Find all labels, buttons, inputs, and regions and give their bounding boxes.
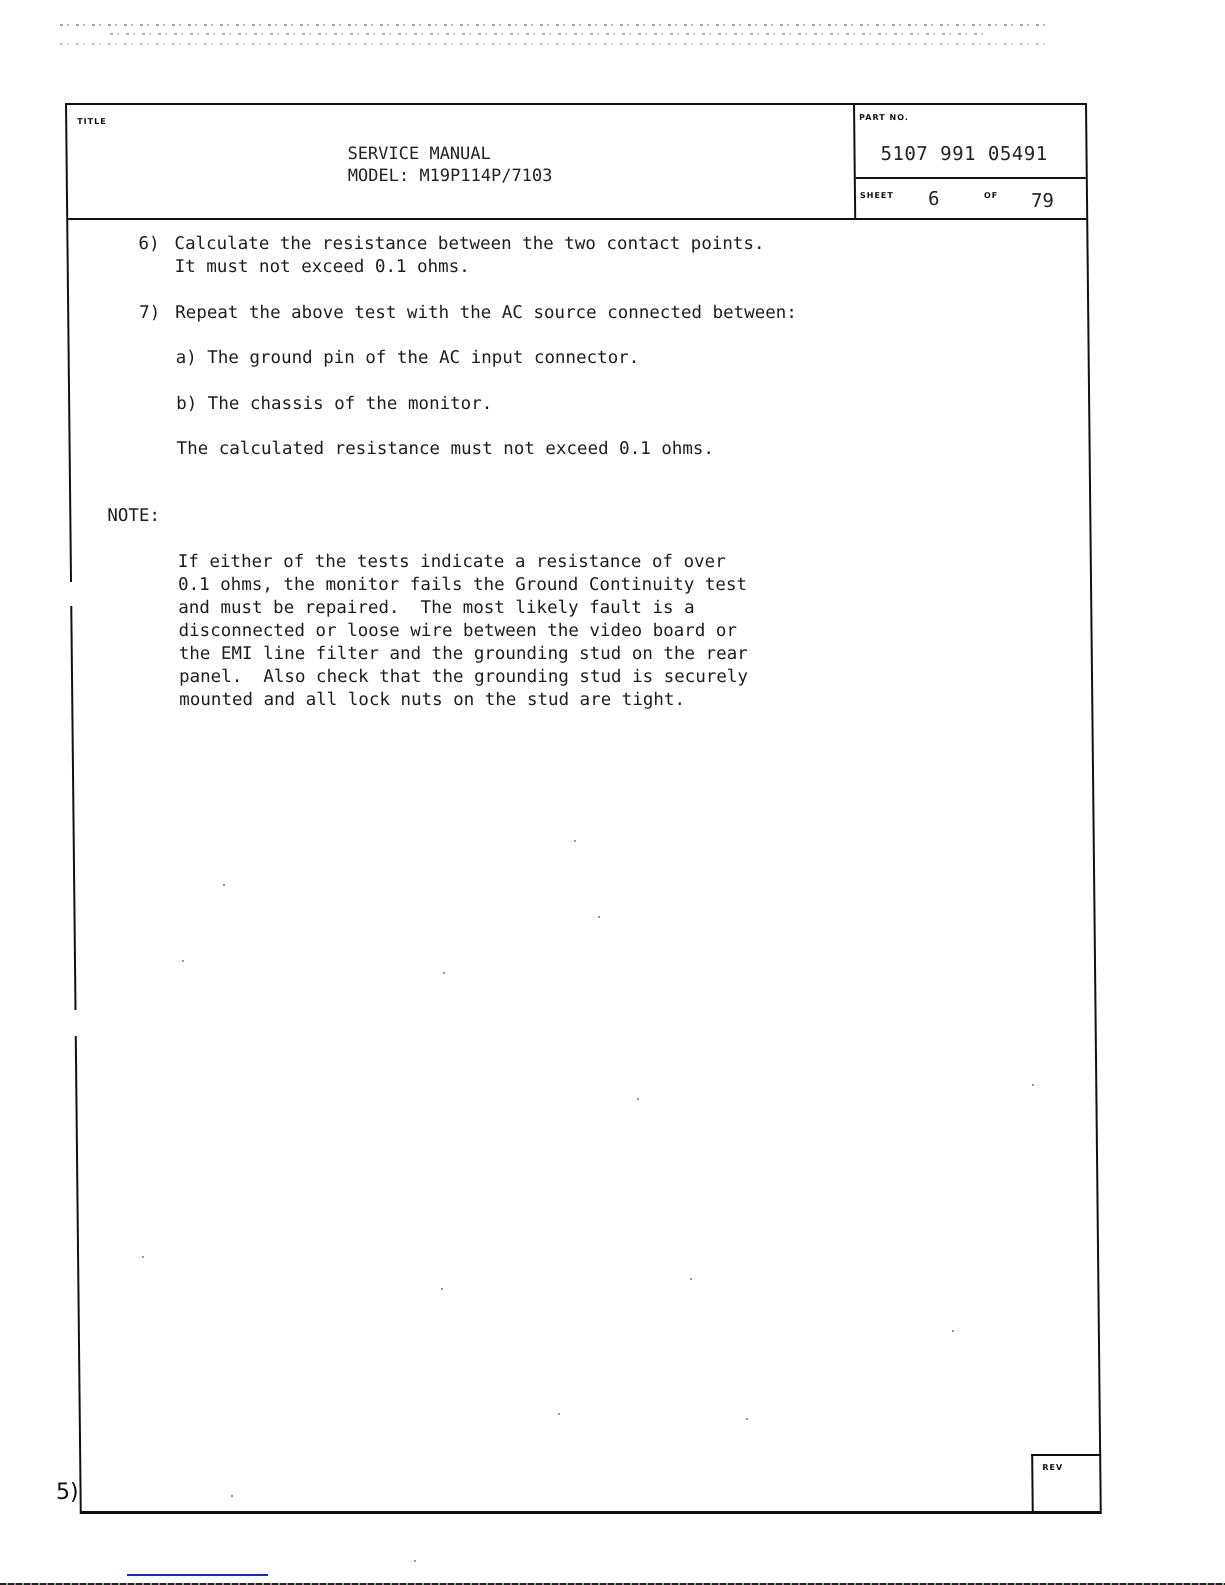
step-7-sub-item-a: a) The ground pin of the AC input connec… — [176, 347, 640, 370]
margin-mark: 5) — [56, 1480, 79, 1505]
scan-speck — [441, 1288, 443, 1290]
sheet-cell: SHEET 6 OF 79 — [856, 179, 1086, 218]
scan-noise-top-1 — [60, 24, 1050, 26]
scan-speck — [142, 1256, 144, 1258]
sheet-total: 79 — [1031, 190, 1054, 212]
scan-speck — [1032, 1084, 1034, 1086]
drawing-frame: TITLE SERVICE MANUAL MODEL: M19P114P/710… — [65, 103, 1102, 1514]
step-7-conclusion: The calculated resistance must not excee… — [177, 438, 715, 461]
frame-gap-1 — [68, 582, 76, 606]
scan-speck — [231, 1495, 233, 1497]
blue-underline-mark — [127, 1574, 268, 1576]
note-line-1: If either of the tests indicate a resist… — [178, 551, 726, 574]
frame-gap-2 — [72, 1010, 80, 1036]
note-line-5: the EMI line filter and the grounding st… — [179, 643, 748, 666]
revision-block: REV — [1031, 1454, 1102, 1514]
step-7-line-1: Repeat the above test with the AC source… — [175, 302, 797, 325]
part-number-cell: PART NO. 5107 991 05491 — [855, 105, 1086, 179]
note-line-4: disconnected or loose wire between the v… — [178, 620, 737, 643]
note-line-3: and must be repaired. The most likely fa… — [178, 597, 695, 620]
title-cell: TITLE SERVICE MANUAL MODEL: M19P114P/710… — [67, 105, 854, 218]
title-block: TITLE SERVICE MANUAL MODEL: M19P114P/710… — [67, 105, 1086, 220]
scan-speck — [598, 916, 600, 918]
scan-speck — [690, 1278, 692, 1280]
note-line-6: panel. Also check that the grounding stu… — [179, 666, 748, 689]
part-number-value: 5107 991 05491 — [880, 143, 1047, 165]
scan-speck — [443, 972, 445, 974]
scan-noise-top-2 — [110, 33, 990, 35]
of-label: OF — [984, 191, 998, 200]
step-6-line-2: It must not exceed 0.1 ohms. — [175, 256, 470, 279]
step-6-line-1: Calculate the resistance between the two… — [174, 233, 764, 256]
scan-speck — [952, 1330, 954, 1332]
scan-speck — [637, 1098, 639, 1100]
scan-noise-top-3 — [60, 43, 1050, 45]
scan-speck — [223, 884, 225, 886]
title-line-1: SERVICE MANUAL — [347, 144, 491, 164]
step-6-number: 6) — [138, 233, 159, 256]
scan-speck — [746, 1418, 748, 1420]
scan-speck — [414, 1560, 416, 1562]
sheet-number: 6 — [928, 188, 940, 210]
note-line-7: mounted and all lock nuts on the stud ar… — [179, 689, 685, 712]
title-line-2: MODEL: M19P114P/7103 — [348, 166, 553, 186]
scan-speck — [558, 1413, 560, 1415]
title-label: TITLE — [77, 117, 107, 126]
document-title: SERVICE MANUAL MODEL: M19P114P/7103 — [347, 143, 552, 187]
note-line-2: 0.1 ohms, the monitor fails the Ground C… — [178, 574, 747, 597]
part-number-label: PART NO. — [859, 113, 909, 122]
step-7-number: 7) — [139, 302, 160, 325]
part-sheet-cell: PART NO. 5107 991 05491 SHEET 6 OF 79 — [853, 105, 1086, 218]
scan-speck — [574, 840, 576, 842]
revision-label: REV — [1042, 1463, 1063, 1472]
sheet-label: SHEET — [860, 191, 894, 200]
note-label: NOTE: — [107, 505, 160, 528]
step-7-sub-item-b: b) The chassis of the monitor. — [176, 393, 492, 416]
scan-speck — [182, 960, 184, 962]
